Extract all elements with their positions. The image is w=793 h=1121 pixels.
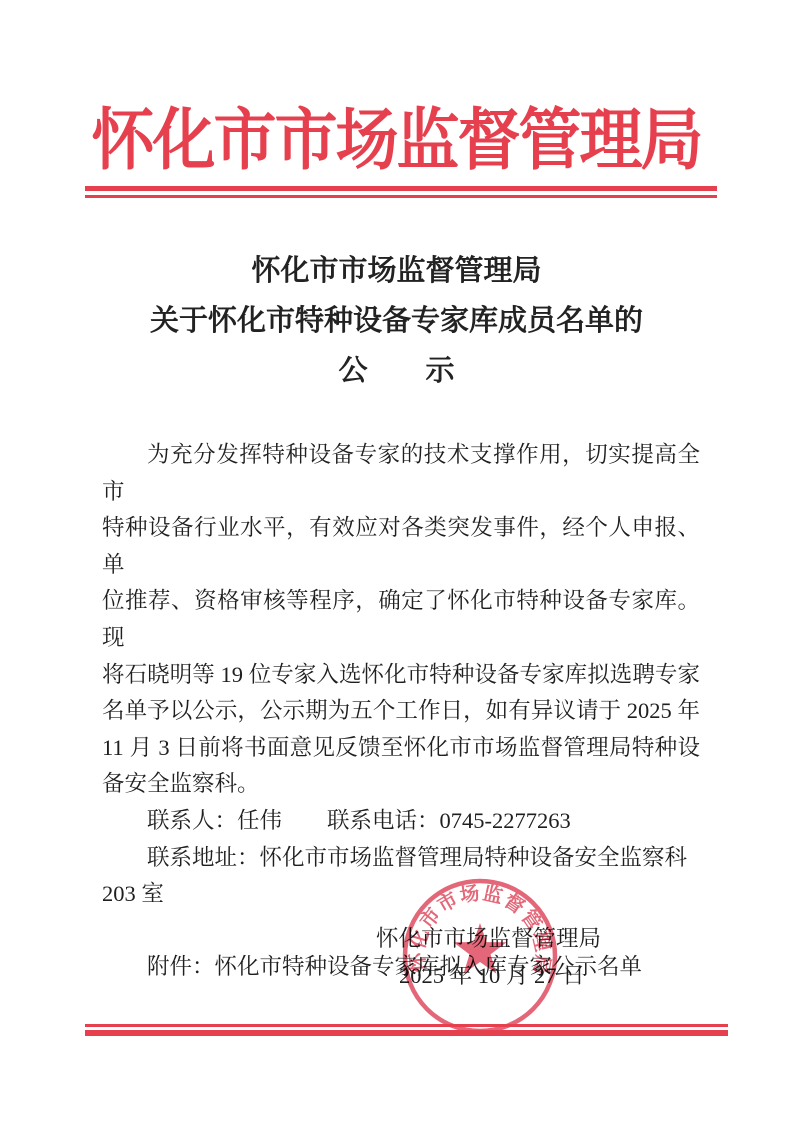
official-notice-page: 怀化市市场监督管理局 怀化市市场监督管理局 关于怀化市特种设备专家库成员名单的 … [0, 0, 793, 1121]
title-line-subject: 关于怀化市特种设备专家库成员名单的 [0, 296, 793, 346]
body-line: 为充分发挥特种设备专家的技术支撑作用，切实提高全市 [102, 437, 700, 510]
footer-double-rule [85, 1024, 728, 1036]
star-icon [453, 923, 506, 974]
document-title: 怀化市市场监督管理局 关于怀化市特种设备专家库成员名单的 公 示 [0, 246, 793, 396]
body-line: 备安全监察科。 [102, 766, 700, 803]
body-line: 11 月 3 日前将书面意见反馈至怀化市市场监督管理局特种设 [102, 730, 700, 767]
contact-line: 联系人：任伟 联系电话：0745-2277263 [102, 803, 700, 840]
body-line: 将石晓明等 19 位专家入选怀化市特种设备专家库拟选聘专家 [102, 657, 700, 694]
body-line: 位推荐、资格审核等程序，确定了怀化市特种设备专家库。现 [102, 583, 700, 656]
body-line: 特种设备行业水平，有效应对各类突发事件，经个人申报、单 [102, 510, 700, 583]
rule-thin [85, 195, 717, 198]
rule-thin [85, 1024, 728, 1027]
letterhead-agency-name: 怀化市市场监督管理局 [0, 94, 793, 187]
rule-thick [85, 1030, 728, 1037]
title-line-agency: 怀化市市场监督管理局 [0, 246, 793, 296]
body-line: 名单予以公示，公示期为五个工作日，如有异议请于 2025 年 [102, 693, 700, 730]
address-line: 联系地址：怀化市市场监督管理局特种设备安全监察科 [102, 840, 700, 877]
title-line-notice: 公 示 [0, 346, 793, 396]
official-seal: 怀化市市场监督管理局 [398, 874, 562, 1038]
letterhead-double-rule [85, 186, 717, 198]
rule-thick [85, 186, 717, 191]
